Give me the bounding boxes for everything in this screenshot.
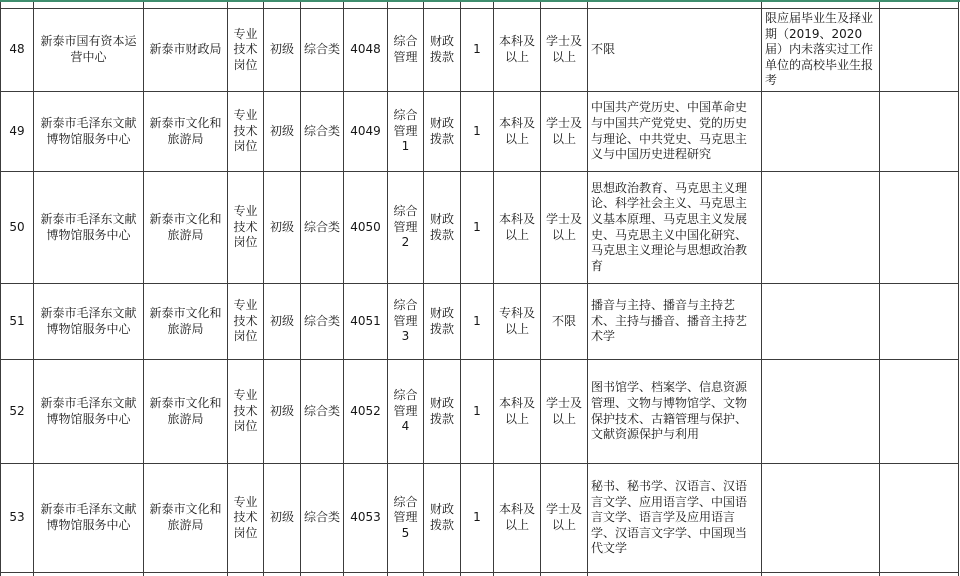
cell-funding: 财政拨款: [424, 284, 461, 360]
partial-row-bottom: [1, 573, 959, 576]
table-row: 52 新泰市毛泽东文献博物馆服务中心 新泰市文化和旅游局 专业技术岗位 初级 综…: [1, 360, 959, 464]
cell-degree: 学士及以上: [541, 360, 588, 464]
cell-education: 专科及以上: [494, 284, 541, 360]
cell-department: 新泰市文化和旅游局: [144, 92, 228, 172]
empty-cell: [494, 573, 541, 576]
empty-cell: [388, 573, 424, 576]
table-row: 51 新泰市毛泽东文献博物馆服务中心 新泰市文化和旅游局 专业技术岗位 初级 综…: [1, 284, 959, 360]
cell-department: 新泰市文化和旅游局: [144, 360, 228, 464]
cell-post-category: 综合类: [301, 284, 344, 360]
cell-post-code: 4049: [344, 92, 388, 172]
cell-unit: 新泰市毛泽东文献博物馆服务中心: [34, 360, 144, 464]
cell-funding: 财政拨款: [424, 464, 461, 573]
cell-unit: 新泰市毛泽东文献博物馆服务中心: [34, 284, 144, 360]
cell-post-name: 综合管理5: [388, 464, 424, 573]
cell-row-number: 51: [1, 284, 34, 360]
cell-funding: 财政拨款: [424, 92, 461, 172]
empty-cell: [344, 573, 388, 576]
cell-major: 不限: [588, 9, 762, 92]
cell-post-name: 综合管理1: [388, 92, 424, 172]
cell-post-type: 专业技术岗位: [228, 360, 264, 464]
cell-degree: 学士及以上: [541, 464, 588, 573]
cell-post-category: 综合类: [301, 172, 344, 284]
cell-unit: 新泰市毛泽东文献博物馆服务中心: [34, 172, 144, 284]
table-row: 49 新泰市毛泽东文献博物馆服务中心 新泰市文化和旅游局 专业技术岗位 初级 综…: [1, 92, 959, 172]
cell-post-name: 综合管理4: [388, 360, 424, 464]
cell-post-type: 专业技术岗位: [228, 284, 264, 360]
cell-post-code: 4050: [344, 172, 388, 284]
cell-funding: 财政拨款: [424, 9, 461, 92]
cell-degree: 学士及以上: [541, 92, 588, 172]
empty-cell: [1, 573, 34, 576]
cell-education: 本科及以上: [494, 464, 541, 573]
cell-post-name: 综合管理: [388, 9, 424, 92]
cell-remark: [880, 360, 959, 464]
cell-degree: 学士及以上: [541, 172, 588, 284]
cell-post-category: 综合类: [301, 360, 344, 464]
cell-remark: [880, 172, 959, 284]
cell-row-number: 50: [1, 172, 34, 284]
cell-post-code: 4048: [344, 9, 388, 92]
cell-post-level: 初级: [264, 92, 301, 172]
cell-post-category: 综合类: [301, 464, 344, 573]
cell-department: 新泰市文化和旅游局: [144, 172, 228, 284]
cell-post-category: 综合类: [301, 92, 344, 172]
empty-cell: [762, 573, 880, 576]
cell-post-category: 综合类: [301, 9, 344, 92]
cell-post-level: 初级: [264, 464, 301, 573]
cell-unit: 新泰市毛泽东文献博物馆服务中心: [34, 92, 144, 172]
cell-other-requirements: [762, 464, 880, 573]
cell-unit: 新泰市国有资本运营中心: [34, 9, 144, 92]
empty-cell: [301, 573, 344, 576]
cell-row-number: 53: [1, 464, 34, 573]
table-row: 48 新泰市国有资本运营中心 新泰市财政局 专业技术岗位 初级 综合类 4048…: [1, 9, 959, 92]
cell-major: 图书馆学、档案学、信息资源管理、文物与博物馆学、文物保护技术、古籍管理与保护、文…: [588, 360, 762, 464]
empty-cell: [34, 573, 144, 576]
cell-degree: 不限: [541, 284, 588, 360]
cell-remark: [880, 9, 959, 92]
cell-remark: [880, 92, 959, 172]
cell-post-name: 综合管理3: [388, 284, 424, 360]
empty-cell: [880, 573, 959, 576]
cell-post-level: 初级: [264, 9, 301, 92]
cell-row-number: 52: [1, 360, 34, 464]
empty-cell: [424, 573, 461, 576]
empty-cell: [144, 573, 228, 576]
cell-post-level: 初级: [264, 172, 301, 284]
cell-post-code: 4051: [344, 284, 388, 360]
cell-department: 新泰市文化和旅游局: [144, 464, 228, 573]
cell-headcount: 1: [461, 92, 494, 172]
cell-department: 新泰市财政局: [144, 9, 228, 92]
empty-cell: [541, 573, 588, 576]
cell-major: 思想政治教育、马克思主义理论、科学社会主义、马克思主义基本原理、马克思主义发展史…: [588, 172, 762, 284]
empty-cell: [228, 573, 264, 576]
cell-degree: 学士及以上: [541, 9, 588, 92]
empty-cell: [264, 573, 301, 576]
cell-post-level: 初级: [264, 284, 301, 360]
cell-post-code: 4052: [344, 360, 388, 464]
cell-other-requirements: [762, 92, 880, 172]
cell-other-requirements: 限应届毕业生及择业期（2019、2020届）内未落实过工作单位的高校毕业生报考: [762, 9, 880, 92]
table-row: 50 新泰市毛泽东文献博物馆服务中心 新泰市文化和旅游局 专业技术岗位 初级 综…: [1, 172, 959, 284]
cell-department: 新泰市文化和旅游局: [144, 284, 228, 360]
cell-headcount: 1: [461, 9, 494, 92]
cell-major: 秘书、秘书学、汉语言、汉语言文学、应用语言学、中国语言文学、语言学及应用语言学、…: [588, 464, 762, 573]
cell-education: 本科及以上: [494, 360, 541, 464]
cell-other-requirements: [762, 360, 880, 464]
cell-post-level: 初级: [264, 360, 301, 464]
cell-education: 本科及以上: [494, 92, 541, 172]
empty-cell: [588, 573, 762, 576]
cell-post-type: 专业技术岗位: [228, 92, 264, 172]
recruitment-table: 48 新泰市国有资本运营中心 新泰市财政局 专业技术岗位 初级 综合类 4048…: [0, 2, 959, 576]
cell-post-name: 综合管理2: [388, 172, 424, 284]
cell-funding: 财政拨款: [424, 172, 461, 284]
cell-education: 本科及以上: [494, 172, 541, 284]
cell-other-requirements: [762, 172, 880, 284]
cell-headcount: 1: [461, 284, 494, 360]
cell-row-number: 49: [1, 92, 34, 172]
cell-post-code: 4053: [344, 464, 388, 573]
table-row: 53 新泰市毛泽东文献博物馆服务中心 新泰市文化和旅游局 专业技术岗位 初级 综…: [1, 464, 959, 573]
cell-row-number: 48: [1, 9, 34, 92]
cell-major: 中国共产党历史、中国革命史与中国共产党党史、党的历史与理论、中共党史、马克思主义…: [588, 92, 762, 172]
cell-post-type: 专业技术岗位: [228, 464, 264, 573]
cell-remark: [880, 464, 959, 573]
empty-cell: [461, 573, 494, 576]
cell-headcount: 1: [461, 172, 494, 284]
cell-headcount: 1: [461, 360, 494, 464]
cell-post-type: 专业技术岗位: [228, 9, 264, 92]
cell-unit: 新泰市毛泽东文献博物馆服务中心: [34, 464, 144, 573]
cell-headcount: 1: [461, 464, 494, 573]
cell-other-requirements: [762, 284, 880, 360]
cell-education: 本科及以上: [494, 9, 541, 92]
cell-post-type: 专业技术岗位: [228, 172, 264, 284]
cell-funding: 财政拨款: [424, 360, 461, 464]
cell-remark: [880, 284, 959, 360]
cell-major: 播音与主持、播音与主持艺术、主持与播音、播音主持艺术学: [588, 284, 762, 360]
page-break-line: [0, 0, 960, 2]
